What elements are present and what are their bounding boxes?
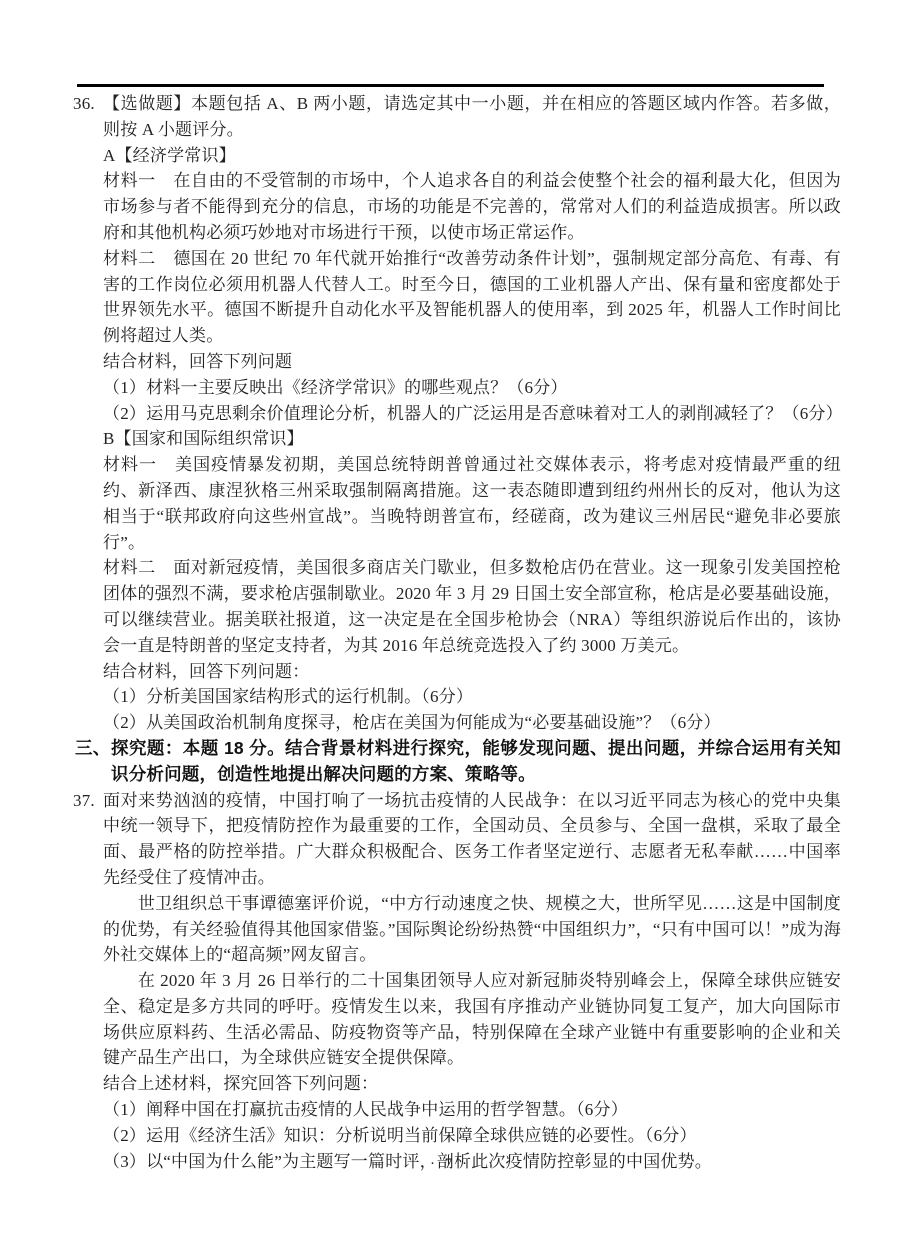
q36a-sub-question-1: （1）材料一主要反映出《经济学常识》的哪些观点？（6分） [103,375,841,401]
q36a-material-2: 材料二 德国在 20 世纪 70 年代就开始推行“改善劳动条件计划”，强制规定部… [103,246,841,349]
q37-material-3: 在 2020 年 3 月 26 日举行的二十国集团领导人应对新冠肺炎特别峰会上，… [103,968,841,1071]
q37-sub-question-2: （2）运用《经济生活》知识：分析说明当前保障全球供应链的必要性。（6分） [103,1123,841,1149]
section-3-heading: 三、探究题：本题 18 分。结合背景材料进行探究，能够发现问题、提出问题，并综合… [111,736,841,788]
question-36: 36.【选做题】本题包括 A、B 两小题，请选定其中一小题，并在相应的答题区域内… [103,91,841,143]
exam-content: 36.【选做题】本题包括 A、B 两小题，请选定其中一小题，并在相应的答题区域内… [103,91,841,1174]
exam-page: 36.【选做题】本题包括 A、B 两小题，请选定其中一小题，并在相应的答题区域内… [0,0,900,1246]
q36a-material-1: 材料一 在自由的不受管制的市场中，个人追求各自的利益会使整个社会的福利最大化，但… [103,168,841,245]
q36b-sub-question-1: （1）分析美国国家结构形式的运行机制。（6分） [103,684,841,710]
option-b-heading: B【国家和国际组织常识】 [103,426,841,452]
q36b-prompt: 结合材料，回答下列问题： [103,659,841,685]
question-37: 37.面对来势汹汹的疫情，中国打响了一场抗击疫情的人民战争：在以习近平同志为核心… [103,788,841,891]
page-top-rule [77,84,824,87]
q36b-material-1: 材料一 美国疫情暴发初期，美国总统特朗普曾通过社交媒体表示，将考虑对疫情最严重的… [103,452,841,555]
q36b-material-2: 材料二 面对新冠疫情，美国很多商店关门歇业，但多数枪店仍在营业。这一现象引发美国… [103,555,841,658]
q36a-prompt: 结合材料，回答下列问题 [103,349,841,375]
section-3-heading-number: 三、 [75,736,111,762]
q37-prompt: 结合上述材料，探究回答下列问题： [103,1071,841,1097]
q37-material-2: 世卫组织总干事谭德塞评价说，“中方行动速度之快、规模之大，世所罕见……这是中国制… [103,891,841,968]
question-36-text: 【选做题】本题包括 A、B 两小题，请选定其中一小题，并在相应的答题区域内作答。… [103,94,841,139]
q36b-sub-question-2: （2）从美国政治机制角度探寻，枪店在美国为何能成为“必要基础设施”？（6分） [103,710,841,736]
section-3-heading-text: 探究题：本题 18 分。结合背景材料进行探究，能够发现问题、提出问题，并综合运用… [111,738,841,784]
q36a-sub-question-2: （2）运用马克思剩余价值理论分析，机器人的广泛运用是否意味着对工人的剥削减轻了？… [103,401,841,427]
question-37-number: 37. [73,788,103,814]
page-number: · 7 · [0,1156,900,1173]
question-37-text: 面对来势汹汹的疫情，中国打响了一场抗击疫情的人民战争：在以习近平同志为核心的党中… [103,791,841,887]
q37-sub-question-1: （1）阐释中国在打赢抗击疫情的人民战争中运用的哲学智慧。（6分） [103,1097,841,1123]
option-a-heading: A【经济学常识】 [103,143,841,169]
question-36-number: 36. [73,91,103,117]
